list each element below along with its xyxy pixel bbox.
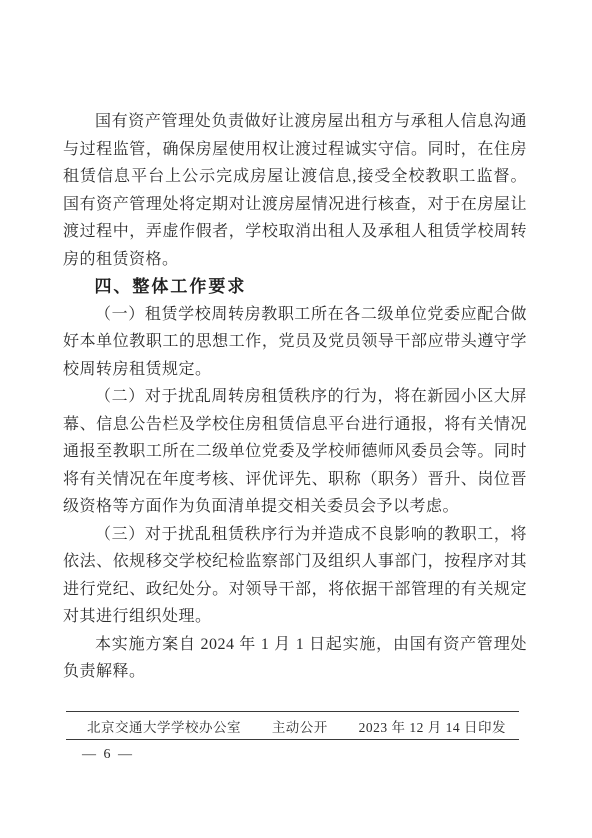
- section-heading-overall-requirements: 四、整体工作要求: [63, 273, 527, 301]
- footer-disclosure-type: 主动公开: [272, 716, 328, 736]
- document-page: 国有资产管理处负责做好让渡房屋出租方与承租人信息沟通与过程监管，确保房屋使用权让…: [0, 0, 592, 838]
- footer-issuing-office: 北京交通大学学校办公室: [87, 716, 241, 736]
- body-paragraph-transfer-supervision: 国有资产管理处负责做好让渡房屋出租方与承租人信息沟通与过程监管，确保房屋使用权让…: [63, 108, 527, 273]
- closing-paragraph: 本实施方案自 2024 年 1 月 1 日起实施，由国有资产管理处负责解释。: [63, 631, 527, 686]
- document-footer: 北京交通大学学校办公室 主动公开 2023 年 12 月 14 日印发: [66, 711, 519, 740]
- list-item-3: （三）对于扰乱租赁秩序行为并造成不良影响的教职工，将依法、依规移交学校纪检监察部…: [63, 521, 527, 631]
- list-item-2: （二）对于扰乱周转房租赁秩序的行为，将在新园小区大屏幕、信息公告栏及学校住房租赁…: [63, 383, 527, 521]
- footer-print-date: 2023 年 12 月 14 日印发: [359, 716, 506, 736]
- document-body: 国有资产管理处负责做好让渡房屋出租方与承租人信息沟通与过程监管，确保房屋使用权让…: [63, 108, 527, 686]
- page-number: — 6 —: [82, 747, 134, 763]
- list-item-1: （一）租赁学校周转房教职工所在各二级单位党委应配合做好本单位教职工的思想工作，党…: [63, 301, 527, 384]
